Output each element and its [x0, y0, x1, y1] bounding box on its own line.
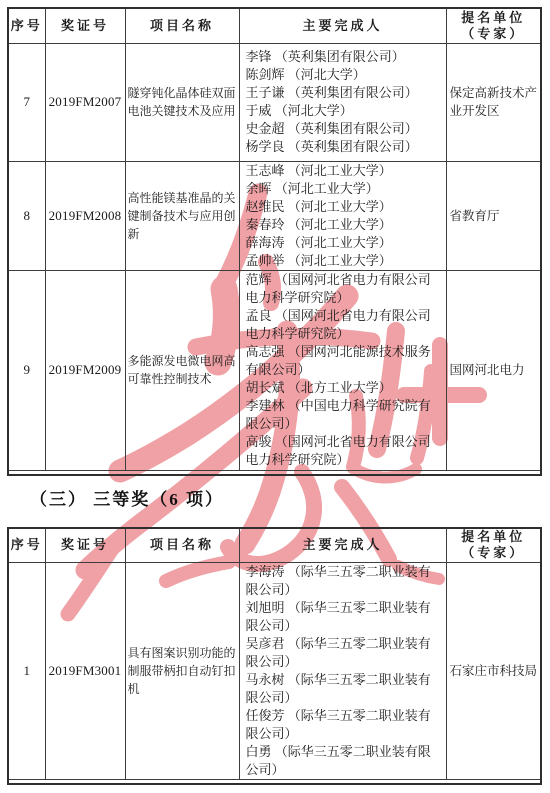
col-header-certificate: 奖证号 — [45, 529, 125, 563]
table-row: 9 2019FM2009 多能源发电微电网高 可靠性控制技术 范辉 （国网河北省… — [9, 270, 540, 470]
award-table-top: 序号 奖证号 项目名称 主要完成人 提名单位 （专家） 7 2019FM2007… — [7, 7, 542, 476]
cell-serial: 1 — [9, 563, 45, 780]
cell-nominator: 国网河北电力 — [446, 270, 540, 470]
cell-nominator: 石家庄市科技局 — [446, 563, 540, 780]
cell-serial: 8 — [9, 161, 45, 270]
cell-project: 多能源发电微电网高 可靠性控制技术 — [125, 270, 239, 470]
table-row: 7 2019FM2007 隧穿钝化晶体硅双面 电池关键技术及应用 李锋 （英利集… — [9, 43, 540, 161]
cell-people: 王志峰 （河北工业大学） 余晖 （河北工业大学） 赵维民 （河北工业大学） 秦春… — [239, 161, 446, 270]
col-header-certificate: 奖证号 — [45, 9, 125, 43]
cell-certificate: 2019FM3001 — [45, 563, 125, 780]
cell-certificate: 2019FM2007 — [45, 43, 125, 161]
award-table-top-grid: 序号 奖证号 项目名称 主要完成人 提名单位 （专家） 7 2019FM2007… — [9, 9, 540, 471]
cell-certificate: 2019FM2008 — [45, 161, 125, 270]
cell-people: 李海涛 （际华三五零二职业装有限公司） 刘旭明 （际华三五零二职业装有限公司） … — [239, 563, 446, 780]
col-header-serial: 序号 — [9, 9, 45, 43]
cell-project: 隧穿钝化晶体硅双面 电池关键技术及应用 — [125, 43, 239, 161]
document-content: 序号 奖证号 项目名称 主要完成人 提名单位 （专家） 7 2019FM2007… — [0, 0, 550, 785]
col-header-people: 主要完成人 — [239, 9, 446, 43]
table-header-row: 序号 奖证号 项目名称 主要完成人 提名单位 （专家） — [9, 529, 540, 563]
col-header-nominator: 提名单位 （专家） — [446, 529, 540, 563]
award-table-third-prize-grid: 序号 奖证号 项目名称 主要完成人 提名单位 （专家） 1 2019FM3001… — [9, 529, 540, 781]
cell-people: 李锋 （英利集团有限公司） 陈剑辉 （河北大学） 王子谦 （英利集团有限公司） … — [239, 43, 446, 161]
cell-serial: 7 — [9, 43, 45, 161]
cell-certificate: 2019FM2009 — [45, 270, 125, 470]
table-row: 8 2019FM2008 高性能镁基准晶的关 键制备技术与应用创 新 王志峰 （… — [9, 161, 540, 270]
col-header-project: 项目名称 — [125, 9, 239, 43]
cell-people: 范辉 （国网河北省电力有限公司电力科学研究院） 孟良 （国网河北省电力有限公司电… — [239, 270, 446, 470]
table-row: 1 2019FM3001 具有图案识别功能的 制服带柄扣自动钉扣 机 李海涛 （… — [9, 563, 540, 780]
col-header-project: 项目名称 — [125, 529, 239, 563]
section-title-third-prize: （三） 三等奖（6 项） — [30, 489, 550, 511]
col-header-nominator: 提名单位 （专家） — [446, 9, 540, 43]
cell-serial: 9 — [9, 270, 45, 470]
cell-nominator: 保定高新技术产业开发区 — [446, 43, 540, 161]
table-header-row: 序号 奖证号 项目名称 主要完成人 提名单位 （专家） — [9, 9, 540, 43]
col-header-people: 主要完成人 — [239, 529, 446, 563]
scanned-award-document-page: { "header_columns": ["序号", "奖证号", "项目名称"… — [0, 0, 550, 793]
col-header-serial: 序号 — [9, 529, 45, 563]
cell-nominator: 省教育厅 — [446, 161, 540, 270]
cell-project: 高性能镁基准晶的关 键制备技术与应用创 新 — [125, 161, 239, 270]
award-table-third-prize: 序号 奖证号 项目名称 主要完成人 提名单位 （专家） 1 2019FM3001… — [7, 527, 542, 786]
cell-project: 具有图案识别功能的 制服带柄扣自动钉扣 机 — [125, 563, 239, 780]
